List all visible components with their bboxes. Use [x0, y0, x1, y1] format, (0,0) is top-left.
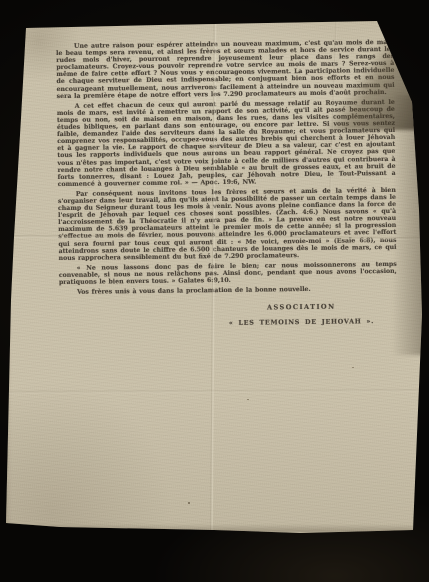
paper-speck — [247, 399, 249, 400]
signature-association: ASSOCIATION — [216, 303, 386, 312]
letter-paragraph-3: Par conséquent nous invitons tous les fr… — [58, 187, 397, 262]
letter-text-block: Une autre raison pour espérer atteindre … — [56, 39, 397, 329]
paper-left-edge-shading — [2, 26, 11, 526]
photo-background: Une autre raison pour espérer atteindre … — [0, 0, 429, 582]
paper-speck — [352, 367, 354, 368]
letter-closing-line: Vos frères unis à vous dans la proclamat… — [59, 285, 397, 296]
paper-bottom-edge-shading — [5, 524, 415, 532]
signature-block: ASSOCIATION « LES TEMOINS DE JEHOVAH ». — [216, 303, 386, 327]
letter-paragraph-4: « Ne nous lassons donc pas de faire le b… — [59, 261, 397, 286]
horizontal-fold-crease-lower — [6, 389, 422, 394]
letter-paragraph-2: A cet effet chacun de ceux qui auront pa… — [57, 99, 396, 188]
letter-paragraph-1: Une autre raison pour espérer atteindre … — [56, 39, 395, 100]
paper-speck — [188, 502, 190, 504]
paper-top-edge-shading — [24, 18, 380, 26]
signature-organization-name: « LES TEMOINS DE JEHOVAH ». — [216, 318, 386, 327]
letter-paper: Une autre raison pour espérer atteindre … — [0, 0, 429, 582]
